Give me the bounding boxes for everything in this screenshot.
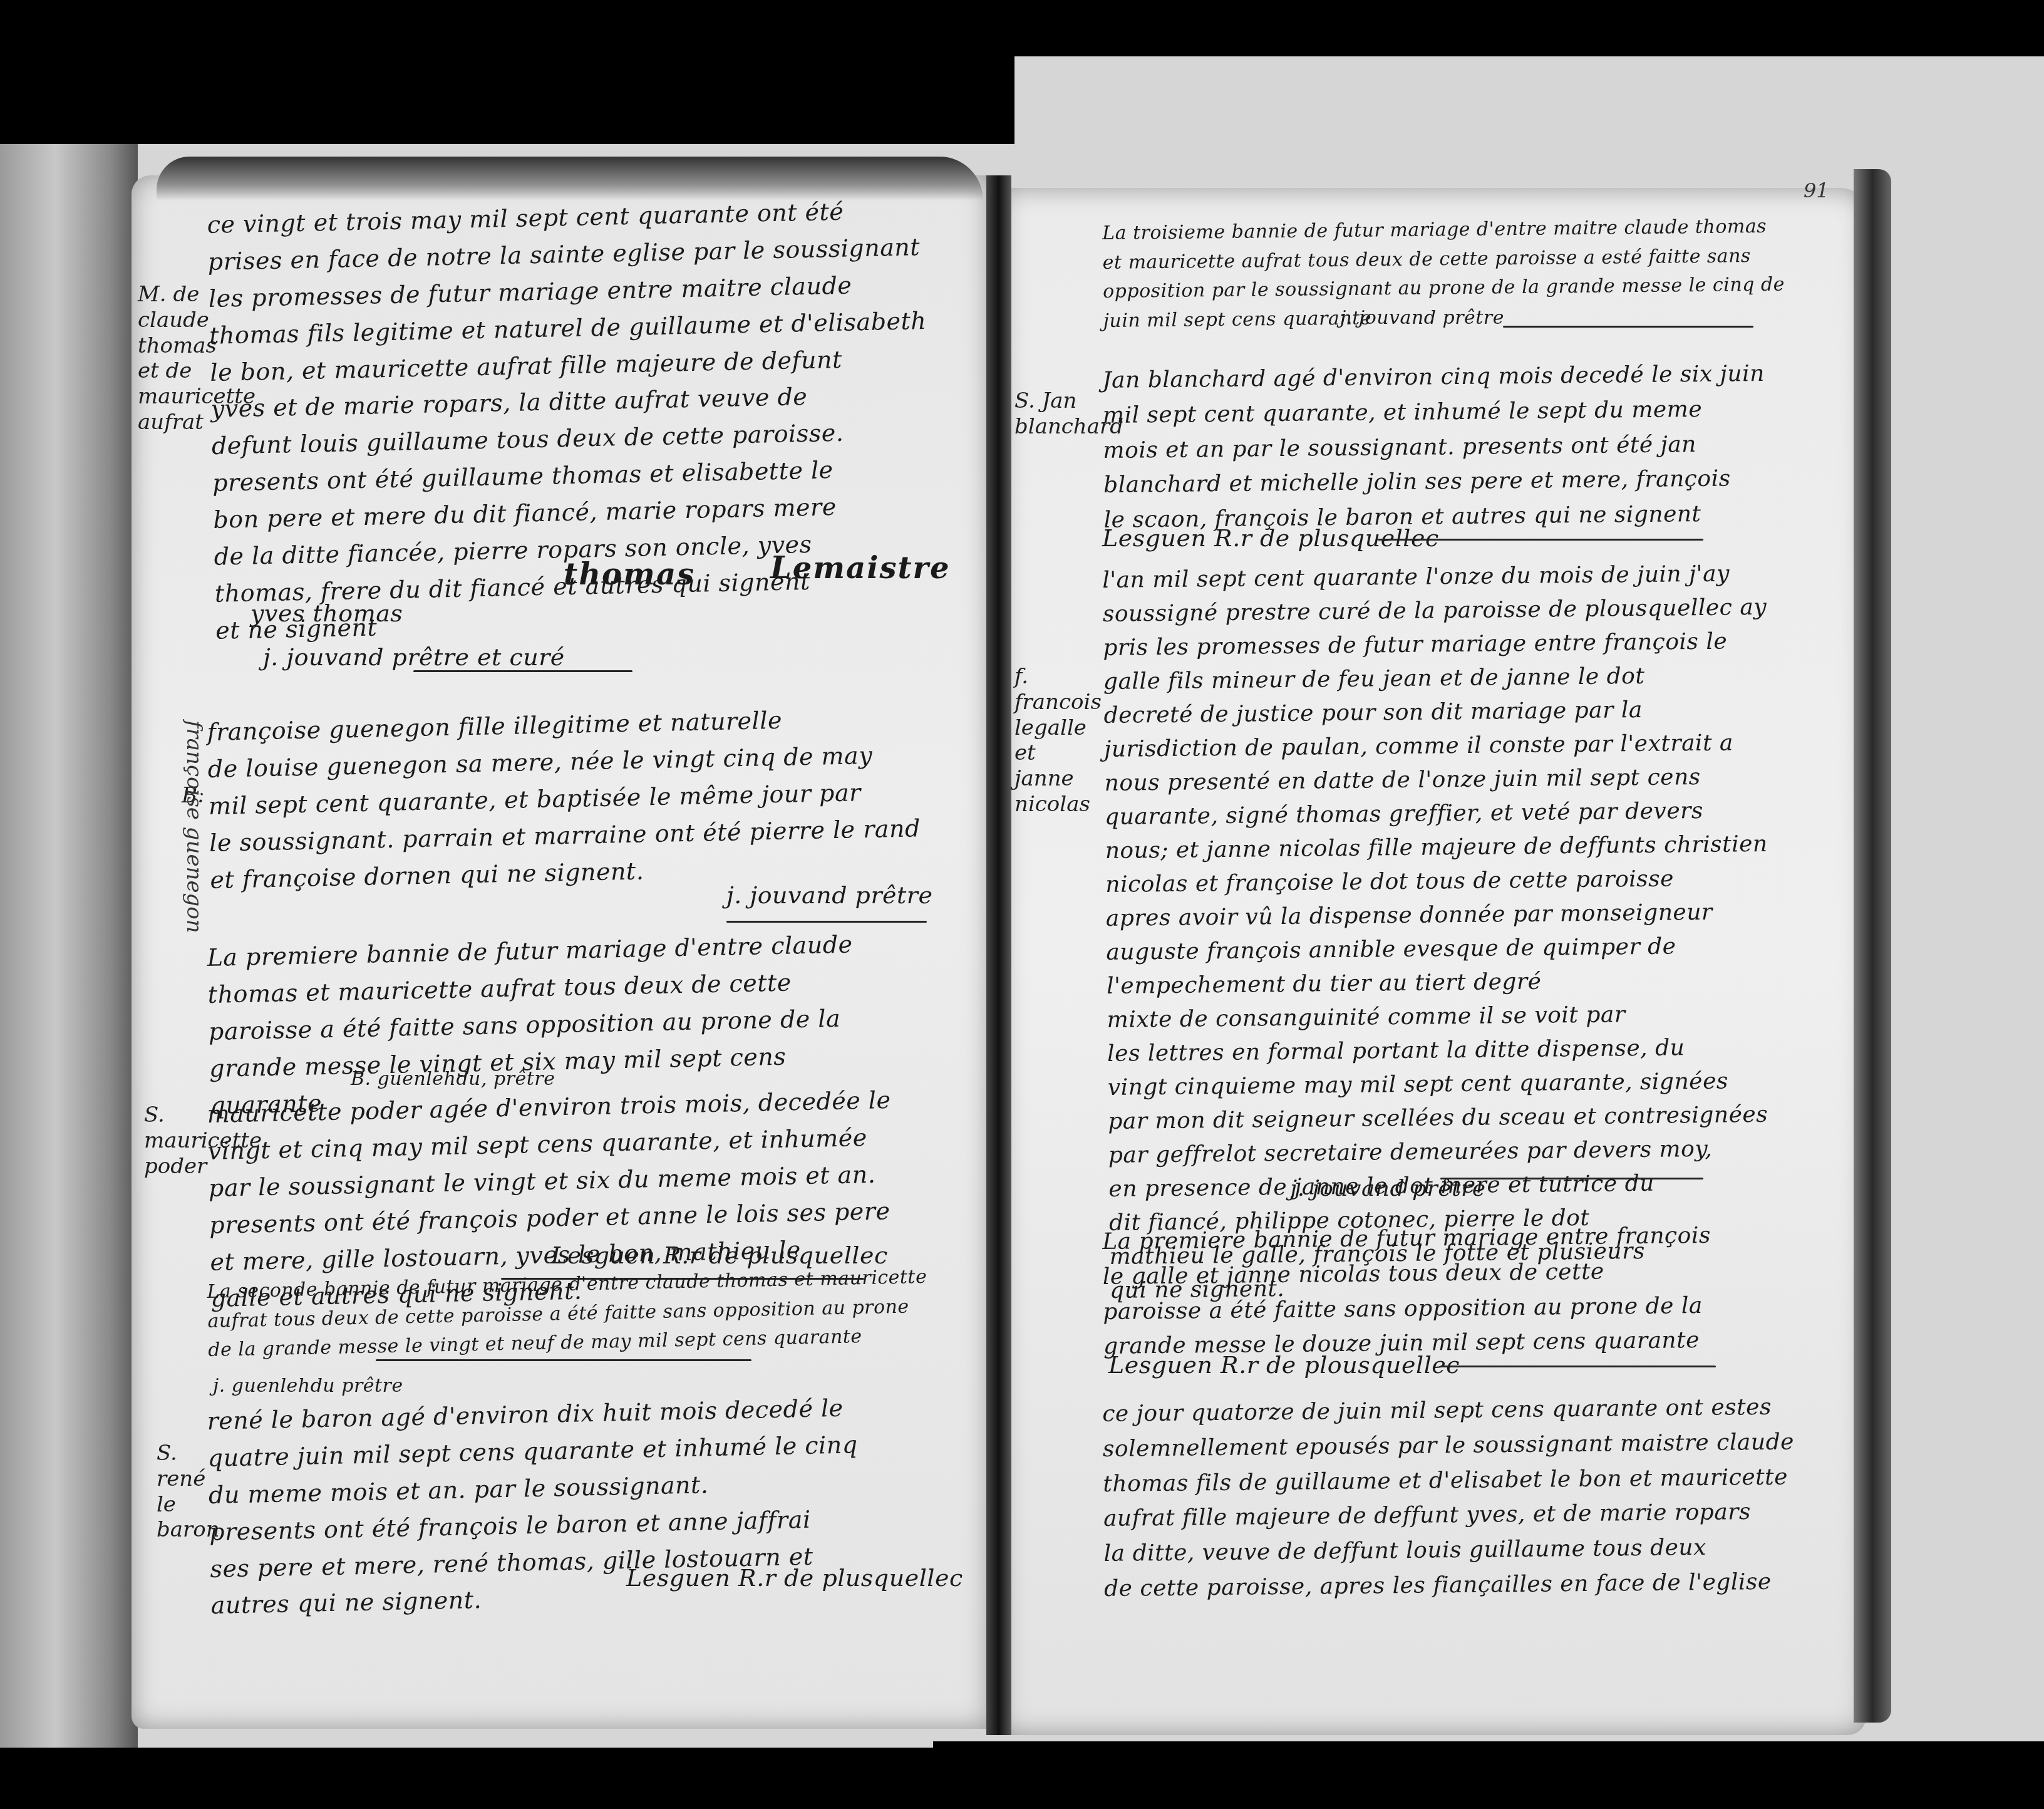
signature-yves-thomas: yves thomas	[250, 595, 403, 632]
entry-banns2-thomas-aufrat: La seconde bannie de futur mariage d'ent…	[207, 1262, 985, 1365]
margin-note-marriage-thomas: M. de claude thomas et de mauricette auf…	[138, 282, 213, 435]
entry-marriage-thomas-aufrat-final: ce jour quatorze de juin mil sept cens q…	[1102, 1389, 1843, 1607]
entry-baptism-guenegon: françoise guenegon fille illegitime et n…	[207, 698, 987, 898]
separator-rule	[1440, 1366, 1716, 1367]
signature-thomas: thomas	[564, 551, 695, 598]
margin-note-vertical-guenegon: françoise guenegon	[182, 720, 207, 933]
signature-jouvand: j. jouvand prêtre	[726, 877, 932, 914]
scan-background-bottom-right	[933, 1741, 2044, 1809]
flourish	[413, 670, 632, 672]
separator-rule	[376, 1359, 751, 1361]
signature-guenlehdu: j. guenlehdu prêtre	[213, 1372, 403, 1401]
signature-jouvand: j. jouvand prêtre	[1340, 304, 1504, 333]
scan-background-top-right	[964, 0, 2044, 56]
signature-lesguen: Lesguen R.r de plusquellec	[626, 1560, 963, 1597]
scan-background-top-left	[0, 0, 1002, 144]
signature-jouvand: j. jouvand prêtre	[1290, 1171, 1486, 1206]
entry-banns1-legalle-nicolas: La premiere bannie de futur mariage entr…	[1102, 1217, 1842, 1365]
book-page-edges-right	[1854, 169, 1891, 1723]
entry-burial-blanchard: Jan blanchard agé d'environ cinq mois de…	[1102, 356, 1843, 538]
margin-note-betrothal-legalle: f. francois legalle et janne nicolas	[1014, 664, 1090, 817]
signature-lesguen: Lesguen R.r de plousquellec	[1108, 1347, 1460, 1384]
signature-lemaistre: Lemaistre	[770, 545, 950, 591]
separator-rule	[1378, 539, 1703, 541]
separator-rule	[726, 921, 927, 923]
separator-rule	[1503, 326, 1753, 328]
separator-rule	[1440, 1178, 1703, 1179]
book-gutter	[986, 175, 1011, 1735]
book-page-edges-left	[0, 144, 138, 1748]
scan-background-bottom-left	[0, 1748, 939, 1809]
folio-number: 91	[1804, 179, 1829, 202]
margin-note-burial-blanchard: S. Jan blanchard	[1014, 388, 1090, 440]
scan-background-center	[939, 56, 1014, 144]
